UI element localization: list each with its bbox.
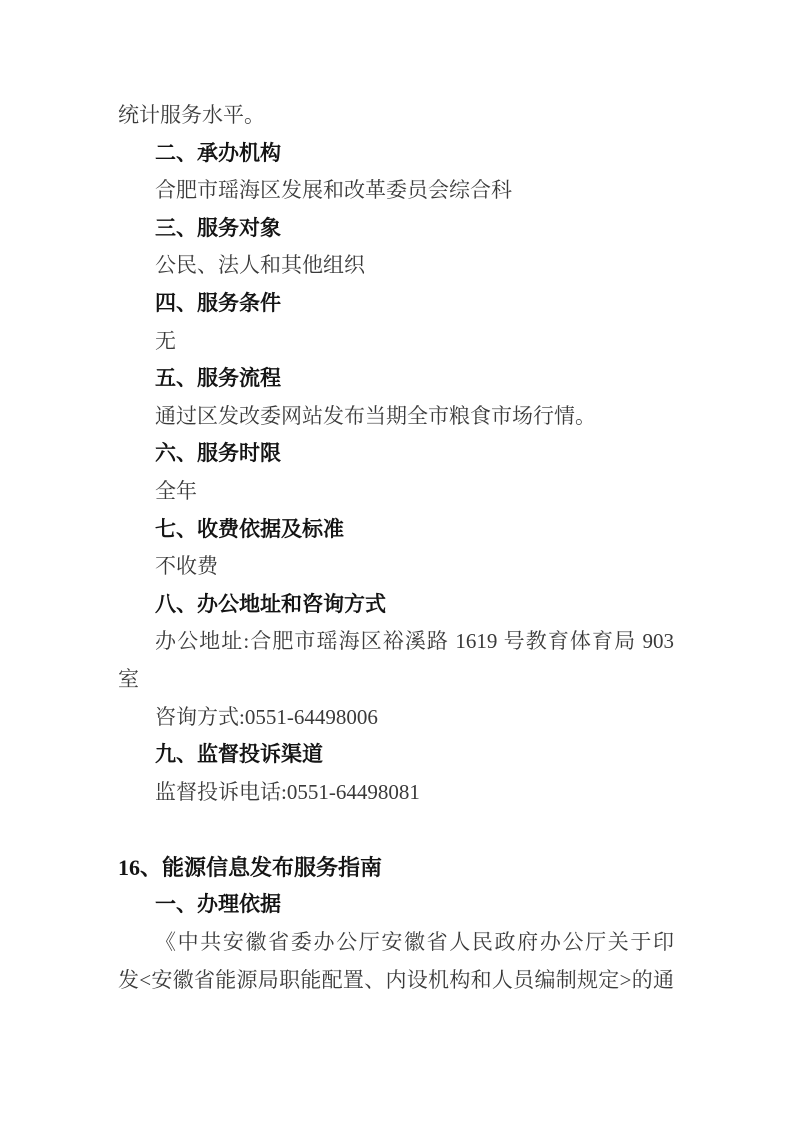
heading-line-14: 八、办公地址和咨询方式 [118,586,674,624]
body-line-24: 发<安徽省能源局职能配置、内设机构和人员编制规定>的通 [118,962,674,1000]
blank-line-20 [118,811,674,849]
body-line-16: 室 [118,661,674,699]
document-content: 统计服务水平。二、承办机构合肥市瑶海区发展和改革委员会综合科三、服务对象公民、法… [118,97,674,999]
heading-line-10: 六、服务时限 [118,435,674,473]
body-line-11: 全年 [118,473,674,511]
body-line-1: 统计服务水平。 [118,97,674,135]
section-number: 16、 [118,855,162,880]
body-line-5: 公民、法人和其他组织 [118,247,674,285]
heading-line-22: 一、办理依据 [118,886,674,924]
body-line-3: 合肥市瑶海区发展和改革委员会综合科 [118,172,674,210]
heading-line-2: 二、承办机构 [118,135,674,173]
document-page: 统计服务水平。二、承办机构合肥市瑶海区发展和改革委员会综合科三、服务对象公民、法… [0,0,792,1122]
body-line-15: 办公地址:合肥市瑶海区裕溪路 1619 号教育体育局 903 [118,623,674,661]
body-line-19: 监督投诉电话:0551-64498081 [118,774,674,812]
section-title: 能源信息发布服务指南 [162,855,382,880]
body-line-17: 咨询方式:0551-64498006 [118,699,674,737]
body-line-7: 无 [118,323,674,361]
heading-line-18: 九、监督投诉渠道 [118,736,674,774]
section-heading-line-21: 16、能源信息发布服务指南 [118,849,674,887]
heading-line-8: 五、服务流程 [118,360,674,398]
body-line-13: 不收费 [118,548,674,586]
body-line-23: 《中共安徽省委办公厅安徽省人民政府办公厅关于印 [118,924,674,962]
heading-line-6: 四、服务条件 [118,285,674,323]
body-line-9: 通过区发改委网站发布当期全市粮食市场行情。 [118,398,674,436]
heading-line-4: 三、服务对象 [118,210,674,248]
heading-line-12: 七、收费依据及标准 [118,511,674,549]
